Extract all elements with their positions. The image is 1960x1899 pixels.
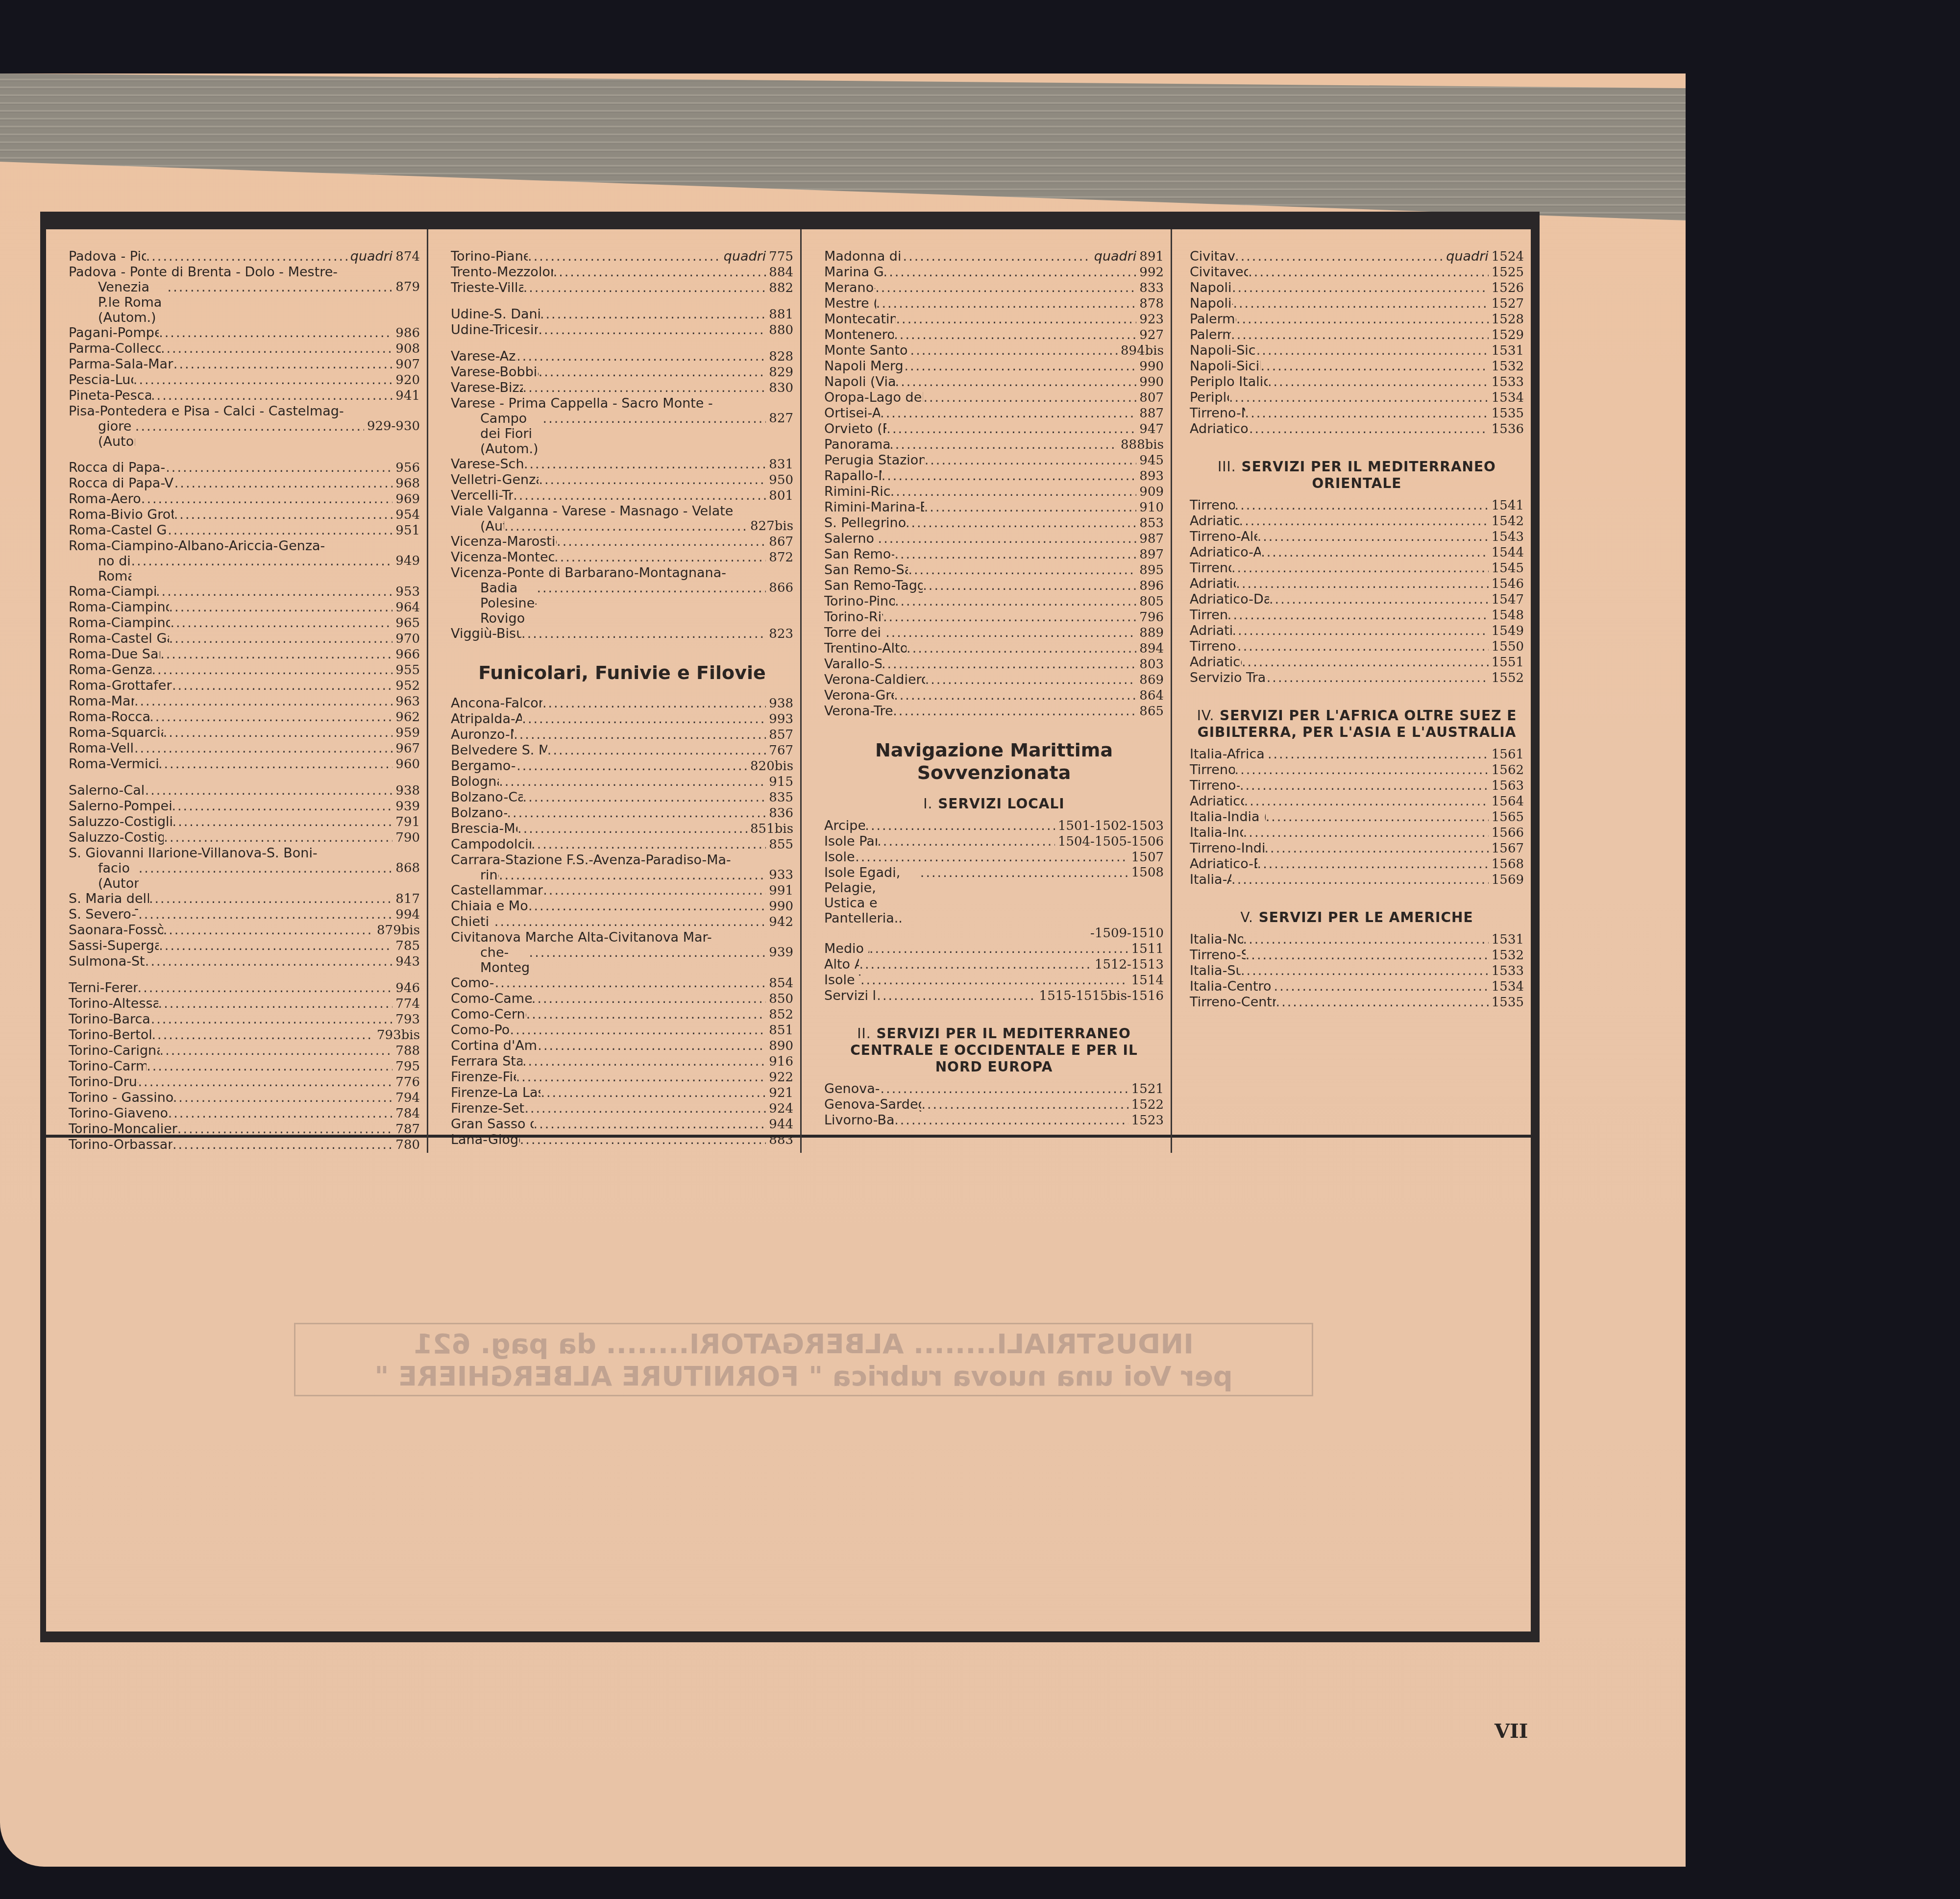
ghost-line-1: INDUSTRIALI........ ALBERGATORI........ … [295, 1328, 1312, 1361]
dot-leader [151, 1012, 393, 1027]
entry-name: Vicenza-Marostica-Bassano del Grappa (Au… [451, 534, 557, 549]
subsection-title: SERVIZI PER LE AMERICHE [1259, 909, 1473, 925]
entry-name: S. Severo-Torremaggiore [69, 907, 138, 922]
entry-page-number: 854 [766, 976, 793, 991]
dot-leader [1261, 359, 1489, 374]
index-entry: Tirreno-Centro America-Sud Pacifico1535 [1190, 995, 1524, 1010]
entry-page-number: 1526 [1489, 281, 1524, 296]
entry-page-number: 889 [1136, 626, 1164, 641]
entry-page-number: 894 [1136, 641, 1164, 657]
dot-leader [145, 954, 393, 969]
index-entry: Roma-Squarciarelli-Frascati (Autom.)959 [69, 725, 420, 741]
dot-leader [882, 657, 1136, 672]
index-entry: Genova-Porto Torres1521 [824, 1081, 1164, 1097]
entry-page-number: 807 [1136, 390, 1164, 406]
entry-name: Tirreno-Sud America [1190, 948, 1246, 963]
index-entry: Rocca di Papa-Frascati-Roma (Autom.)956 [69, 460, 420, 476]
entry-page-number: 1524 [1489, 249, 1524, 265]
subsection-heading: IV. SERVIZI PER L'AFRICA OLTRE SUEZ E GI… [1190, 707, 1524, 741]
dot-leader [1265, 841, 1489, 856]
entry-page-number: 793 [392, 1012, 420, 1027]
entry-page-number: 947 [1136, 422, 1164, 437]
index-entry: Tirreno-Somalia1562 [1190, 762, 1524, 778]
index-entry: Marina Grande-Capri992 [824, 265, 1164, 280]
entry-name: Montenero (Funicolare di) [824, 327, 894, 342]
entry-page-number: 893 [1136, 469, 1164, 484]
index-table: Padova - Piove di Sacco (Automo.)quadri8… [46, 229, 1531, 1138]
index-entry: Adriatico-Israele1546 [1190, 576, 1524, 592]
index-entry: Roma-Genzano-Nemi (Autom.)955 [69, 662, 420, 678]
dot-leader [172, 1137, 392, 1152]
entry-page-number: 828 [766, 349, 793, 365]
entry-page-number: 1535 [1489, 995, 1524, 1010]
entry-page-number: 879 [392, 280, 420, 325]
entry-name: Tirreno-Centro America-Sud Pacifico [1190, 995, 1276, 1010]
entry-name: Roma-Velletri (Autom.) [69, 741, 134, 756]
entry-page-number: 1568 [1489, 857, 1524, 872]
entry-name-continuation: Venezia P.le Roma (Autom.) [98, 280, 168, 325]
entry-name: Como-Cernobbio-Maslianico [451, 1007, 526, 1022]
index-entry: Italia-Centro America-Nord Pacifico1534 [1190, 979, 1524, 995]
entry-page-number: 851 [766, 1023, 793, 1038]
index-entry: Italia-Australia1569 [1190, 872, 1524, 888]
entry-name: Adriatico-Soria [1190, 623, 1232, 638]
entry-name: Verona-Tregnago (Filovia) [824, 704, 893, 719]
dot-leader [859, 957, 1091, 972]
entry-page-number: 962 [392, 710, 420, 725]
index-entry: Napoli Mergellina-Posillipo Alto990 [824, 359, 1164, 374]
entry-name: Torino-Bertolla-S. Mauro (Autom.) [69, 1027, 151, 1043]
dot-leader [528, 899, 766, 914]
dot-leader [1261, 545, 1489, 560]
entry-name: Italia-Sud America [1190, 963, 1241, 978]
index-entry: Saluzzo-Costigliole-Busca-Cuneo (Autom.)… [69, 814, 420, 830]
index-entry: Firenze-Settignano (Filovia)924 [451, 1101, 793, 1117]
entry-name: Salerno-Pompei Villa dei Misteri (Autom.… [69, 799, 171, 814]
dot-leader [166, 460, 392, 475]
entry-name: Trieste-Villa Opicina-Carsia [451, 280, 523, 295]
entry-page-number: 1534 [1489, 390, 1524, 406]
entry-page-number: 882 [766, 281, 793, 296]
dot-leader [146, 249, 347, 264]
dot-leader [532, 991, 766, 1006]
dot-leader [537, 581, 766, 626]
entry-name: Torino-Rivoli (Filovia) [824, 609, 883, 625]
dot-leader [158, 996, 393, 1011]
index-entry: Trentino-Alto Adige (Funivie del)894 [824, 641, 1164, 657]
index-entry: Udine-Tricesimo-Tarcento (Autom.)880 [451, 322, 793, 338]
entry-page-number: 775 [766, 249, 793, 265]
entry-name: Torino - Gassino-Chivasso- Brusasco (Aut… [69, 1090, 173, 1105]
index-entry: Torino - Gassino-Chivasso- Brusasco (Aut… [69, 1090, 420, 1106]
index-entry: Firenze-Fiesole (Filovia)922 [451, 1070, 793, 1085]
entry-name: Isole Eolie [824, 850, 855, 865]
dot-leader [543, 411, 766, 457]
entry-page-number: 1525 [1489, 265, 1524, 280]
index-entry: Merano-Avelengo833 [824, 280, 1164, 296]
dot-leader [925, 672, 1137, 687]
entry-name: Tirreno-Israele [1190, 560, 1231, 576]
index-entry: Adriatico-Dalmazia-Candia-Pireo1547 [1190, 592, 1524, 608]
dot-leader [1269, 592, 1489, 607]
index-entry: Como-Cernobbio-Maslianico852 [451, 1007, 793, 1023]
index-entry: Madonna di Campiglio-Monte Spinalequadri… [824, 249, 1164, 265]
dot-leader [885, 625, 1136, 640]
index-entry: Palermo-Tunisi1529 [1190, 327, 1524, 343]
entry-name: Roma-Marino (Autom.) [69, 694, 134, 709]
entry-name: Castellammare di Stabia-Monte Faito [451, 883, 543, 898]
index-entry: Roma-Ciampino Ovest-Marino Laz. (Aut.)96… [69, 615, 420, 631]
index-entry: Vicenza-Montecchio S. V.-Valdagno-Recoar… [451, 550, 793, 565]
entry-name: Tirreno-Istanbul [1190, 498, 1235, 513]
entry-name: Varese - Prima Cappella - Sacro Monte - [451, 396, 713, 411]
dot-leader [903, 249, 1091, 264]
index-entry: Pescia-Lucca (Autom.)920 [69, 372, 420, 388]
index-entry: Velletri-Genzano-Frascati (Autom.)950 [451, 472, 793, 488]
entry-name: Bergamo-Seriate (Filovia) [451, 758, 516, 774]
dot-leader [158, 756, 392, 772]
entry-page-number: 1521 [1128, 1082, 1164, 1097]
entry-name: Napoli Mergellina-Posillipo Alto [824, 359, 904, 374]
entry-name: Roma-Aeroporto (Autom.) [69, 491, 141, 507]
dot-leader [526, 1007, 766, 1022]
subsection-heading: I. SERVIZI LOCALI [824, 796, 1164, 812]
entry-page-number: 855 [766, 837, 793, 852]
entry-page-number: 1535 [1489, 406, 1524, 421]
entry-page-number: 922 [766, 1070, 793, 1085]
entry-name: Tirreno-Soria [1190, 608, 1227, 623]
index-entry: Adriatico-Istanbul1542 [1190, 513, 1524, 529]
dot-leader [880, 406, 1136, 421]
index-entry: Mestre (Filovie di)878 [824, 296, 1164, 312]
index-entry: Viggiù-Bisuschio (Autom.)823 [451, 626, 793, 642]
entry-name: Torino-Barca-Settimo (Autom.) [69, 1012, 151, 1027]
dot-leader [161, 341, 392, 356]
entry-page-number: 831 [766, 457, 793, 472]
entry-page-number: 927 [1136, 328, 1164, 343]
dot-leader [131, 554, 393, 584]
entry-first-line: Carrara-Stazione F.S.-Avenza-Paradiso-Ma… [451, 852, 793, 868]
roman-numeral: IV. [1197, 707, 1215, 724]
entry-page-number: 879bis [374, 923, 420, 938]
entry-name: S. Maria della Versa-Stradella [69, 891, 149, 906]
subsection-title: SERVIZI PER IL MEDITERRANEO CENTRALE E O… [850, 1025, 1138, 1075]
entry-name: Roma-Grottaferrata-Marino-Rocca di Papa [69, 678, 172, 693]
index-entry: Tirreno-Nord Europa1535 [1190, 406, 1524, 421]
entry-name: Italia-India-Bengala [1190, 825, 1243, 840]
dot-leader [1236, 576, 1489, 591]
dot-leader [894, 547, 1136, 562]
entry-name: Orvieto (Funicolare di) [824, 421, 886, 437]
entry-name: Torino-Pino-Chieri (Filovia) [824, 594, 895, 609]
entry-name: Napoli-Palermo [1190, 296, 1233, 311]
dot-leader [173, 357, 393, 372]
dot-leader [895, 374, 1137, 390]
dot-leader [139, 861, 393, 891]
index-entry: Torino-Rivoli (Filovia)796 [824, 609, 1164, 625]
entry-page-number: 801 [766, 488, 793, 504]
entry-name: Civitanova Marche Alta-Civitanova Mar- [451, 930, 712, 945]
index-entry: Roma-Marino (Autom.)963 [69, 694, 420, 709]
entry-page-number: 969 [392, 492, 420, 507]
entry-page-number: 784 [392, 1106, 420, 1121]
entry-page-number: 1546 [1489, 577, 1524, 592]
entry-name: Adriatico-Alessandria-Beirut [1190, 545, 1261, 560]
entry-page-number: 946 [392, 981, 420, 996]
entry-name: Trento-Mezzolombardo-Fai Paganella (Aut.… [451, 265, 553, 280]
entry-name: Roma-Due Santi-Genzano (Autom.) [69, 647, 160, 662]
entry-name: Pisa-Pontedera e Pisa - Calci - Castelma… [69, 404, 344, 419]
entry-page-number: 805 [1136, 594, 1164, 609]
index-entry: Rimini-Riccione (Filovia)909 [824, 484, 1164, 500]
dot-leader [896, 312, 1136, 327]
entry-page-number: 827 [766, 411, 793, 457]
index-entry: Servizio Traghetto Italia-Grecia1552 [1190, 670, 1524, 686]
dot-leader [495, 975, 766, 991]
dot-leader [910, 343, 1118, 358]
entry-name: Genova-Sardegna-Tunisi-Pantelleria-Sicil… [824, 1097, 921, 1112]
dot-leader [883, 265, 1137, 280]
entry-name: Rocca di Papa-Via dei Laghi-Roma (Autom.… [69, 476, 174, 491]
entry-name: Carrara-Stazione F.S.-Avenza-Paradiso-Ma… [451, 852, 731, 868]
index-entry: Adriatico-Soria1549 [1190, 623, 1524, 639]
entry-name: Palermo-Cagliari [1190, 312, 1236, 327]
entry-page-number: 1523 [1128, 1113, 1164, 1128]
group-spacer [451, 338, 793, 349]
index-entry: Torino-Druento (Autom.)776 [69, 1074, 420, 1090]
dot-leader [1276, 995, 1489, 1010]
index-entry: San Remo-Monte Bignone897 [824, 547, 1164, 562]
index-entry: Ortisei-Alpe di Siusi887 [824, 406, 1164, 421]
dot-leader [886, 421, 1136, 437]
dot-leader [172, 678, 392, 693]
entry-name: Monte Santo del Lussari (Funivia del) [824, 343, 910, 358]
subsection-heading: III. SERVIZI PER IL MEDITERRANEO ORIENTA… [1190, 459, 1524, 492]
dot-leader [1249, 421, 1489, 437]
entry-page-number: 853 [1136, 516, 1164, 531]
index-entry: Verona-Caldiero-S. Bonifacio-Soave (Filo… [824, 672, 1164, 688]
entry-page-number: 941 [392, 389, 420, 404]
group-spacer [1190, 686, 1524, 697]
entry-page-number: 938 [392, 783, 420, 799]
index-entry: S. Maria della Versa-Stradella817 [69, 891, 420, 907]
entry-name: Padova - Piove di Sacco (Automo.) [69, 249, 146, 264]
entry-name: Udine-Tricesimo-Tarcento (Autom.) [451, 322, 538, 338]
entry-name: Viale Valganna - Varese - Masnago - Vela… [451, 504, 733, 519]
entry-name: Bolzano-Cast. del Guncinà [451, 790, 523, 805]
dot-leader [528, 249, 721, 264]
index-entry: Medio Adriatico1511 [824, 941, 1164, 957]
entry-name: Perugia Stazione Ferr. Stato (Fontivegge… [824, 453, 925, 468]
entry-name: Como-Camerlata-Albate-Cantù [451, 991, 532, 1006]
dot-leader [1242, 655, 1489, 670]
index-entry: Rapallo-Montallegro893 [824, 468, 1164, 484]
dot-leader [1257, 856, 1489, 872]
entry-page-number: 774 [392, 997, 420, 1012]
dot-leader [547, 743, 766, 758]
dot-leader [877, 988, 1036, 1003]
index-entry: Monte Santo del Lussari (Funivia del)894… [824, 343, 1164, 359]
index-entry: Como-Ponte Chiasso851 [451, 1023, 793, 1038]
dot-leader [923, 578, 1136, 593]
entry-page-number: 1552 [1489, 671, 1524, 686]
entry-page-number: 835 [766, 790, 793, 805]
entry-name: Varese-Bizzozero (Autom.) [451, 380, 523, 395]
index-entry: Tirreno-Istanbul1541 [1190, 498, 1524, 513]
entry-name: Torino-Orbassano-Cumiana-Pinerolo (Aut.) [69, 1137, 172, 1152]
entry-page-number: 864 [1136, 688, 1164, 704]
entry-name: Firenze-Fiesole (Filovia) [451, 1070, 516, 1085]
dot-leader [539, 472, 766, 487]
entry-name: Chieti (Filovia) [451, 914, 494, 929]
entry-page-number: 1565 [1489, 810, 1524, 825]
entry-name: Isole Partenopee e Pontine [824, 834, 877, 849]
entry-name: Tirreno-Alessandria-Beirut [1190, 529, 1257, 544]
entry-page-number: 956 [392, 461, 420, 476]
dot-leader [1235, 249, 1443, 264]
index-entry: Bergamo-Seriate (Filovia)820bis [451, 758, 793, 774]
entry-page-number: 1514 [1128, 973, 1164, 988]
entry-page-number: 1548 [1489, 608, 1524, 623]
dot-leader [520, 1132, 766, 1147]
entry-name: Tirreno-Mar Nero [1190, 639, 1237, 654]
index-entry: Adriatico-Sud Africa1564 [1190, 794, 1524, 809]
dot-leader [1229, 390, 1489, 405]
dot-leader [869, 941, 1128, 956]
dot-leader [540, 307, 766, 322]
entry-page-number: 896 [1136, 579, 1164, 594]
entry-page-number: 867 [766, 535, 793, 550]
entry-page-number: 890 [766, 1039, 793, 1054]
entry-page-number: 990 [766, 899, 793, 914]
entry-name: Cortina d'Ampezzo-Faloria e Pocol [451, 1038, 538, 1053]
dot-leader [882, 468, 1137, 484]
entry-page-number: 1511 [1128, 942, 1164, 957]
dot-leader [145, 783, 393, 798]
dot-leader [138, 907, 392, 922]
entry-page-number: 1541 [1489, 498, 1524, 513]
dot-leader [923, 390, 1136, 405]
dot-leader [523, 280, 766, 295]
index-entry: Cortina d'Ampezzo-Faloria e Pocol890 [451, 1038, 793, 1054]
dot-leader [149, 709, 392, 725]
dot-leader [163, 923, 374, 938]
entry-page-number: 966 [392, 647, 420, 662]
dot-leader [169, 631, 393, 646]
entry-page-number: 895 [1136, 563, 1164, 578]
entry-name: Terni-Ferentillo (Autom.) [69, 980, 138, 996]
entry-name: Chiaia e Montesanto (Napoli) [451, 899, 528, 914]
entry-name: Roma-Castel Gandolfo-Marino (Autom.) [69, 523, 168, 538]
index-entry: Torino-Giaveno e Torino-Cumiana (Aut.)78… [69, 1106, 420, 1121]
group-spacer [1190, 437, 1524, 448]
entry-name: Saluzzo-Costigliole-Busca-Cuneo (Autom.) [69, 814, 172, 829]
entry-page-number: 827bis [747, 519, 793, 534]
entry-name: Parma-Collecchio-Fornovo (Autom.) [69, 341, 161, 356]
entry-name: Servizi locali della Sardegna . [824, 988, 877, 1003]
entry-name: Italia-Nord America [1190, 932, 1243, 947]
entry-page-number: 1564 [1489, 794, 1524, 809]
index-entry: Roma-Grottaferrata-Marino-Rocca di Papa9… [69, 678, 420, 694]
entry-name: Italia-India (costa occidentale) [1190, 809, 1266, 825]
entry-page-number: 1501-1502-1503 [1055, 819, 1164, 834]
entry-page-number: 986 [392, 326, 420, 341]
index-entry: Orvieto (Funicolare di)947 [824, 421, 1164, 437]
index-entry: Lana-Giogo di San Vigilio883 [451, 1132, 793, 1148]
entry-page-number: 952 [392, 679, 420, 694]
entry-name: Adriatico-Dalmazia-Candia-Pireo [1190, 592, 1269, 607]
entry-page-number: 915 [766, 775, 793, 790]
index-entry: Saonara-Fossò-Mestre-Venezia (Autom.)879… [69, 923, 420, 938]
entry-first-line: Vicenza-Ponte di Barbarano-Montagnana- [451, 565, 793, 581]
entry-name: Trentino-Alto Adige (Funivie del) [824, 641, 906, 656]
entry-name: Verona-Grezzana (Filovia) [824, 688, 894, 703]
entry-page-number: 920 [392, 373, 420, 388]
roman-numeral: V. [1240, 909, 1253, 925]
entry-name: Bolzano-S. Genesio [451, 805, 507, 821]
dot-leader [134, 694, 392, 709]
index-entry: Alto Adriatico1512-1513 [824, 957, 1164, 973]
index-entry: Campodolcino (Sondrio)-Motta855 [451, 837, 793, 852]
index-entry: Genova-Sardegna-Tunisi-Pantelleria-Sicil… [824, 1097, 1164, 1113]
group-spacer [69, 772, 420, 783]
entry-page-number: 884 [766, 265, 793, 280]
entry-name-continuation: giore (Autom.) [98, 419, 135, 449]
dot-leader [538, 322, 766, 338]
index-entry: Tirreno-Sud America1532 [1190, 948, 1524, 963]
entry-name: Montecatini (Funicolare di) [824, 312, 896, 327]
dot-leader [174, 507, 393, 522]
entry-name: Medio Adriatico [824, 941, 869, 956]
dot-leader [164, 830, 392, 845]
entry-page-number: 868 [392, 861, 420, 891]
entry-page-number: 987 [1136, 532, 1164, 547]
entry-page-number: 791 [392, 815, 420, 830]
dot-leader [539, 365, 766, 380]
index-entry: Como-Brunate854 [451, 975, 793, 991]
dot-leader [924, 500, 1137, 515]
dot-leader [173, 1090, 393, 1105]
entry-name: Roma-Castel Gandolfo-Albano (Autom.). [69, 631, 169, 646]
entry-name: Vicenza-Ponte di Barbarano-Montagnana- [451, 565, 726, 581]
index-entry: Civitavecchia-Olbiaquadri1524 [1190, 249, 1524, 265]
entry-page-number: 1550 [1489, 639, 1524, 655]
entry-name: Palermo-Tunisi [1190, 327, 1231, 342]
index-entry: Periplo Italico1534 [1190, 390, 1524, 406]
dot-leader [1239, 513, 1489, 529]
entry-continuation: -1509-1510 [824, 926, 1164, 941]
entry-name: Roma-Vermicino-Frascati (Autom.) [69, 756, 158, 772]
entry-name: Adriatico-Sud Africa [1190, 794, 1244, 809]
dot-leader [880, 1081, 1128, 1096]
dot-leader [1240, 778, 1489, 793]
dot-leader [534, 1117, 766, 1132]
entry-page-number: 1528 [1489, 312, 1524, 327]
dot-leader [860, 973, 1128, 988]
index-entry: Atripalda-Avellino (Filovia)993 [451, 711, 793, 727]
entry-name: Servizio Traghetto Italia-Grecia [1190, 670, 1267, 685]
entry-page-number: 865 [1136, 704, 1164, 719]
index-entry: Tirreno-India-Estremo Oriente1567 [1190, 841, 1524, 856]
index-entry: S. Pellegrino-S. Pellegrino Vetta853 [824, 515, 1164, 531]
entry-page-number: 1533 [1489, 964, 1524, 979]
dot-leader [174, 476, 393, 491]
entry-name: Madonna di Campiglio-Monte Spinale [824, 249, 903, 264]
entry-page-number: 1504-1505-1506 [1055, 834, 1164, 850]
dot-leader [906, 515, 1136, 531]
entry-page-number: 1551 [1489, 655, 1524, 670]
entry-name: Ancona-Falconara Marittima (Filovia) [451, 696, 542, 711]
